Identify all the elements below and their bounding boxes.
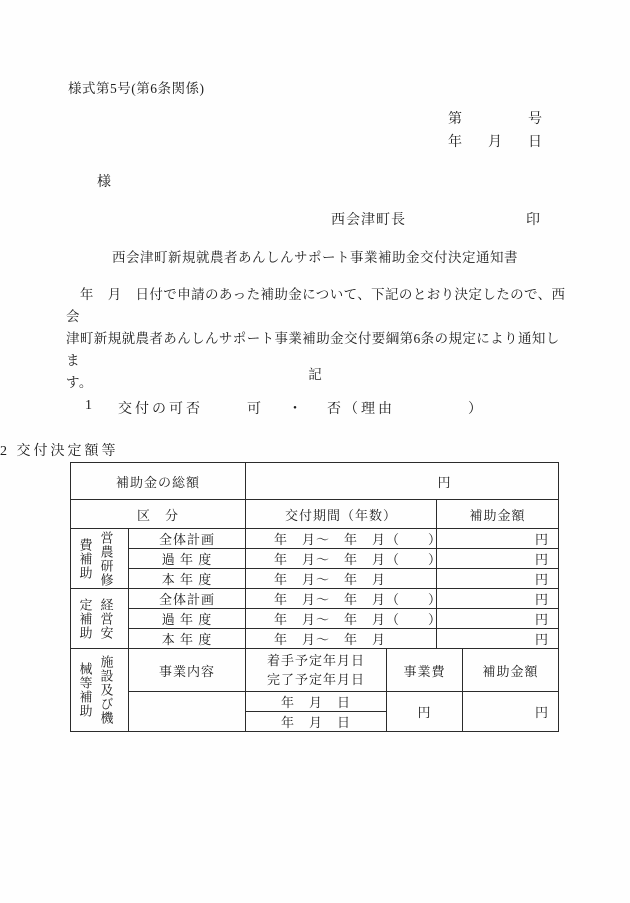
group-label-farming-training: 営農研修 費補助 xyxy=(71,529,129,589)
column-header-row: 区 分 交付期間（年数） 補助金額 xyxy=(71,500,559,529)
document-number-block: 第 号 年 月 日 xyxy=(448,108,542,154)
subsidy-amount-header: 補助金額 xyxy=(463,649,559,692)
table-row: 営農研修 費補助 全体計画 年 月～ 年 月（ ） 円 xyxy=(71,529,559,549)
project-cost-value: 円 xyxy=(387,692,463,732)
group-label-management-stability: 経営安 定補助 xyxy=(71,589,129,649)
option-approve: 可 xyxy=(247,398,264,418)
period-cell: 年 月～ 年 月（ ） xyxy=(246,589,437,609)
item1-number: 1 xyxy=(85,398,95,414)
item1-label: 交付の可否 xyxy=(118,398,203,418)
seal-mark: 印 xyxy=(526,209,540,229)
row-label: 全体計画 xyxy=(129,589,246,609)
item2-label: 交付決定額等 xyxy=(17,444,119,459)
date-year-label: 年 xyxy=(448,131,462,154)
project-content-value-cell xyxy=(129,692,246,732)
document-number-line: 第 号 xyxy=(448,108,542,131)
item-grant-approval: 1 交付の可否 可 ・ 否（理由 ） xyxy=(0,398,630,418)
row-label: 全体計画 xyxy=(129,529,246,549)
period-cell: 年 月～ 年 月 xyxy=(246,629,437,649)
amount-cell: 円 xyxy=(437,549,559,569)
doc-no-prefix: 第 xyxy=(448,108,462,131)
amount-cell: 円 xyxy=(437,609,559,629)
period-cell: 年 月～ 年 月（ ） xyxy=(246,529,437,549)
table-row: 本 年 度 年 月～ 年 月 円 xyxy=(71,629,559,649)
amount-cell: 円 xyxy=(437,629,559,649)
row-label: 過 年 度 xyxy=(129,549,246,569)
option-separator: ・ xyxy=(288,398,305,418)
table-row: 施設及び機 械等補助 事業内容 着手予定年月日 完了予定年月日 事業費 補助金額 xyxy=(71,649,559,692)
doc-no-suffix: 号 xyxy=(528,108,542,131)
project-content-header: 事業内容 xyxy=(129,649,246,692)
table-row: 過 年 度 年 月～ 年 月（ ） 円 xyxy=(71,609,559,629)
table-row: 本 年 度 年 月～ 年 月 円 xyxy=(71,569,559,589)
col-header-period: 交付期間（年数） xyxy=(246,500,437,529)
date-day-label: 日 xyxy=(528,131,542,154)
document-page: 様式第5号(第6条関係) 第 号 年 月 日 様 西会津町長 印 西会津町新規就… xyxy=(0,0,630,903)
period-cell: 年 月～ 年 月（ ） xyxy=(246,609,437,629)
issuer-name: 西会津町長 xyxy=(331,209,406,229)
table-row: 経営安 定補助 全体計画 年 月～ 年 月（ ） 円 xyxy=(71,589,559,609)
amount-cell: 円 xyxy=(437,589,559,609)
end-date-cell: 年 月 日 xyxy=(246,712,387,732)
issue-date-line: 年 月 日 xyxy=(448,131,542,154)
row-label: 過 年 度 xyxy=(129,609,246,629)
subsidy-amount-value: 円 xyxy=(463,692,559,732)
period-cell: 年 月～ 年 月 xyxy=(246,569,437,589)
total-amount-value: 円 xyxy=(246,463,559,500)
total-amount-row: 補助金の総額 円 xyxy=(71,463,559,500)
item-grant-amount-section: 2 交付決定額等 xyxy=(0,440,630,460)
option-deny-reason: 否（理由 xyxy=(327,398,395,418)
total-amount-label: 補助金の総額 xyxy=(71,463,246,500)
document-title: 西会津町新規就農者あんしんサポート事業補助金交付決定通知書 xyxy=(0,246,630,266)
table-row: 年 月 日 円 円 xyxy=(71,692,559,712)
ki-heading: 記 xyxy=(0,363,630,383)
amount-cell: 円 xyxy=(437,569,559,589)
col-header-amount: 補助金額 xyxy=(437,500,559,529)
form-number: 様式第5号(第6条関係) xyxy=(68,77,205,97)
col-header-category: 区 分 xyxy=(71,500,246,529)
issuer-line: 西会津町長 印 xyxy=(0,209,630,229)
row-label: 本 年 度 xyxy=(129,569,246,589)
table-row: 過 年 度 年 月～ 年 月（ ） 円 xyxy=(71,549,559,569)
date-month-label: 月 xyxy=(488,131,502,154)
group-label-facilities-machinery: 施設及び機 械等補助 xyxy=(71,649,129,732)
row-label: 本 年 度 xyxy=(129,629,246,649)
amount-cell: 円 xyxy=(437,529,559,549)
start-date-cell: 年 月 日 xyxy=(246,692,387,712)
schedule-header: 着手予定年月日 完了予定年月日 xyxy=(246,649,387,692)
item2-number: 2 xyxy=(0,444,10,459)
addressee-suffix: 様 xyxy=(97,171,111,191)
close-paren: ） xyxy=(468,398,485,418)
grant-decision-table: 補助金の総額 円 区 分 交付期間（年数） 補助金額 営農研修 費補助 全体計画… xyxy=(70,462,559,732)
period-cell: 年 月～ 年 月（ ） xyxy=(246,549,437,569)
project-cost-header: 事業費 xyxy=(387,649,463,692)
